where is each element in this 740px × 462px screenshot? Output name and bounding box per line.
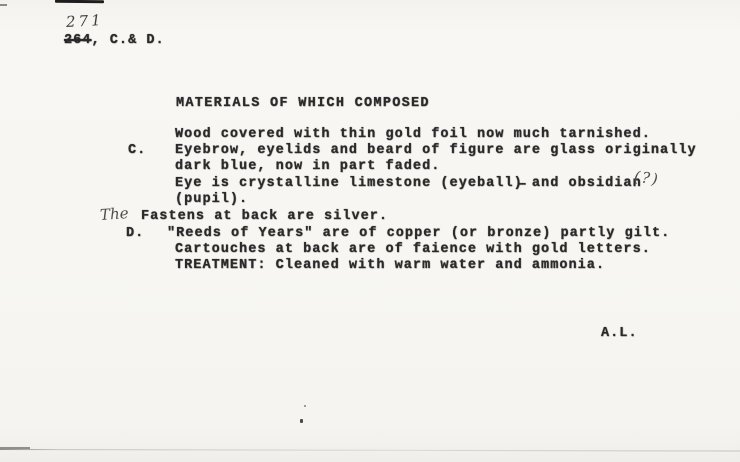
card-heading: MATERIALS OF WHICH COMPOSED	[176, 96, 430, 112]
object-number-line: 264, C.& D.	[64, 33, 165, 49]
object-number-suffix: , C.& D.	[91, 33, 164, 48]
typed-line-eye: Eye is crystalline limestone (eyeball)̶ …	[175, 176, 642, 192]
typed-line-dark-blue: dark blue, now in part faded.	[175, 159, 440, 175]
scanned-record-card: 271 264, C.& D. MATERIALS OF WHICH COMPO…	[0, 0, 740, 462]
typed-line-eyebrow: Eyebrow, eyelids and beard of figure are…	[175, 143, 697, 159]
struck-old-number: 264	[64, 33, 91, 48]
scan-artifact-top-mark	[55, 0, 104, 3]
scan-artifact-left-mark	[0, 4, 7, 6]
signature-initials: A.L.	[601, 326, 638, 342]
section-label-d: D.	[126, 226, 144, 242]
typed-line-treatment: TREATMENT: Cleaned with warm water and a…	[175, 258, 605, 274]
typed-line-cartouches: Cartouches at back are of faience with g…	[175, 242, 651, 258]
section-label-c: C.	[128, 143, 146, 159]
typed-line-pupil: (pupil).	[175, 192, 248, 208]
typed-line-reeds-of-years: "Reeds of Years" are of copper (or bronz…	[167, 226, 670, 242]
handwritten-question-mark: (?)	[633, 167, 661, 188]
scan-speck	[304, 405, 306, 407]
scan-speck	[300, 419, 303, 423]
handwritten-number: 271	[66, 11, 105, 31]
handwritten-insert-the: The	[99, 204, 129, 224]
typed-line-wood: Wood covered with thin gold foil now muc…	[175, 127, 651, 143]
card-bottom-edge-line	[0, 449, 740, 452]
typed-line-fastens: Fastens at back are silver.	[141, 209, 388, 225]
